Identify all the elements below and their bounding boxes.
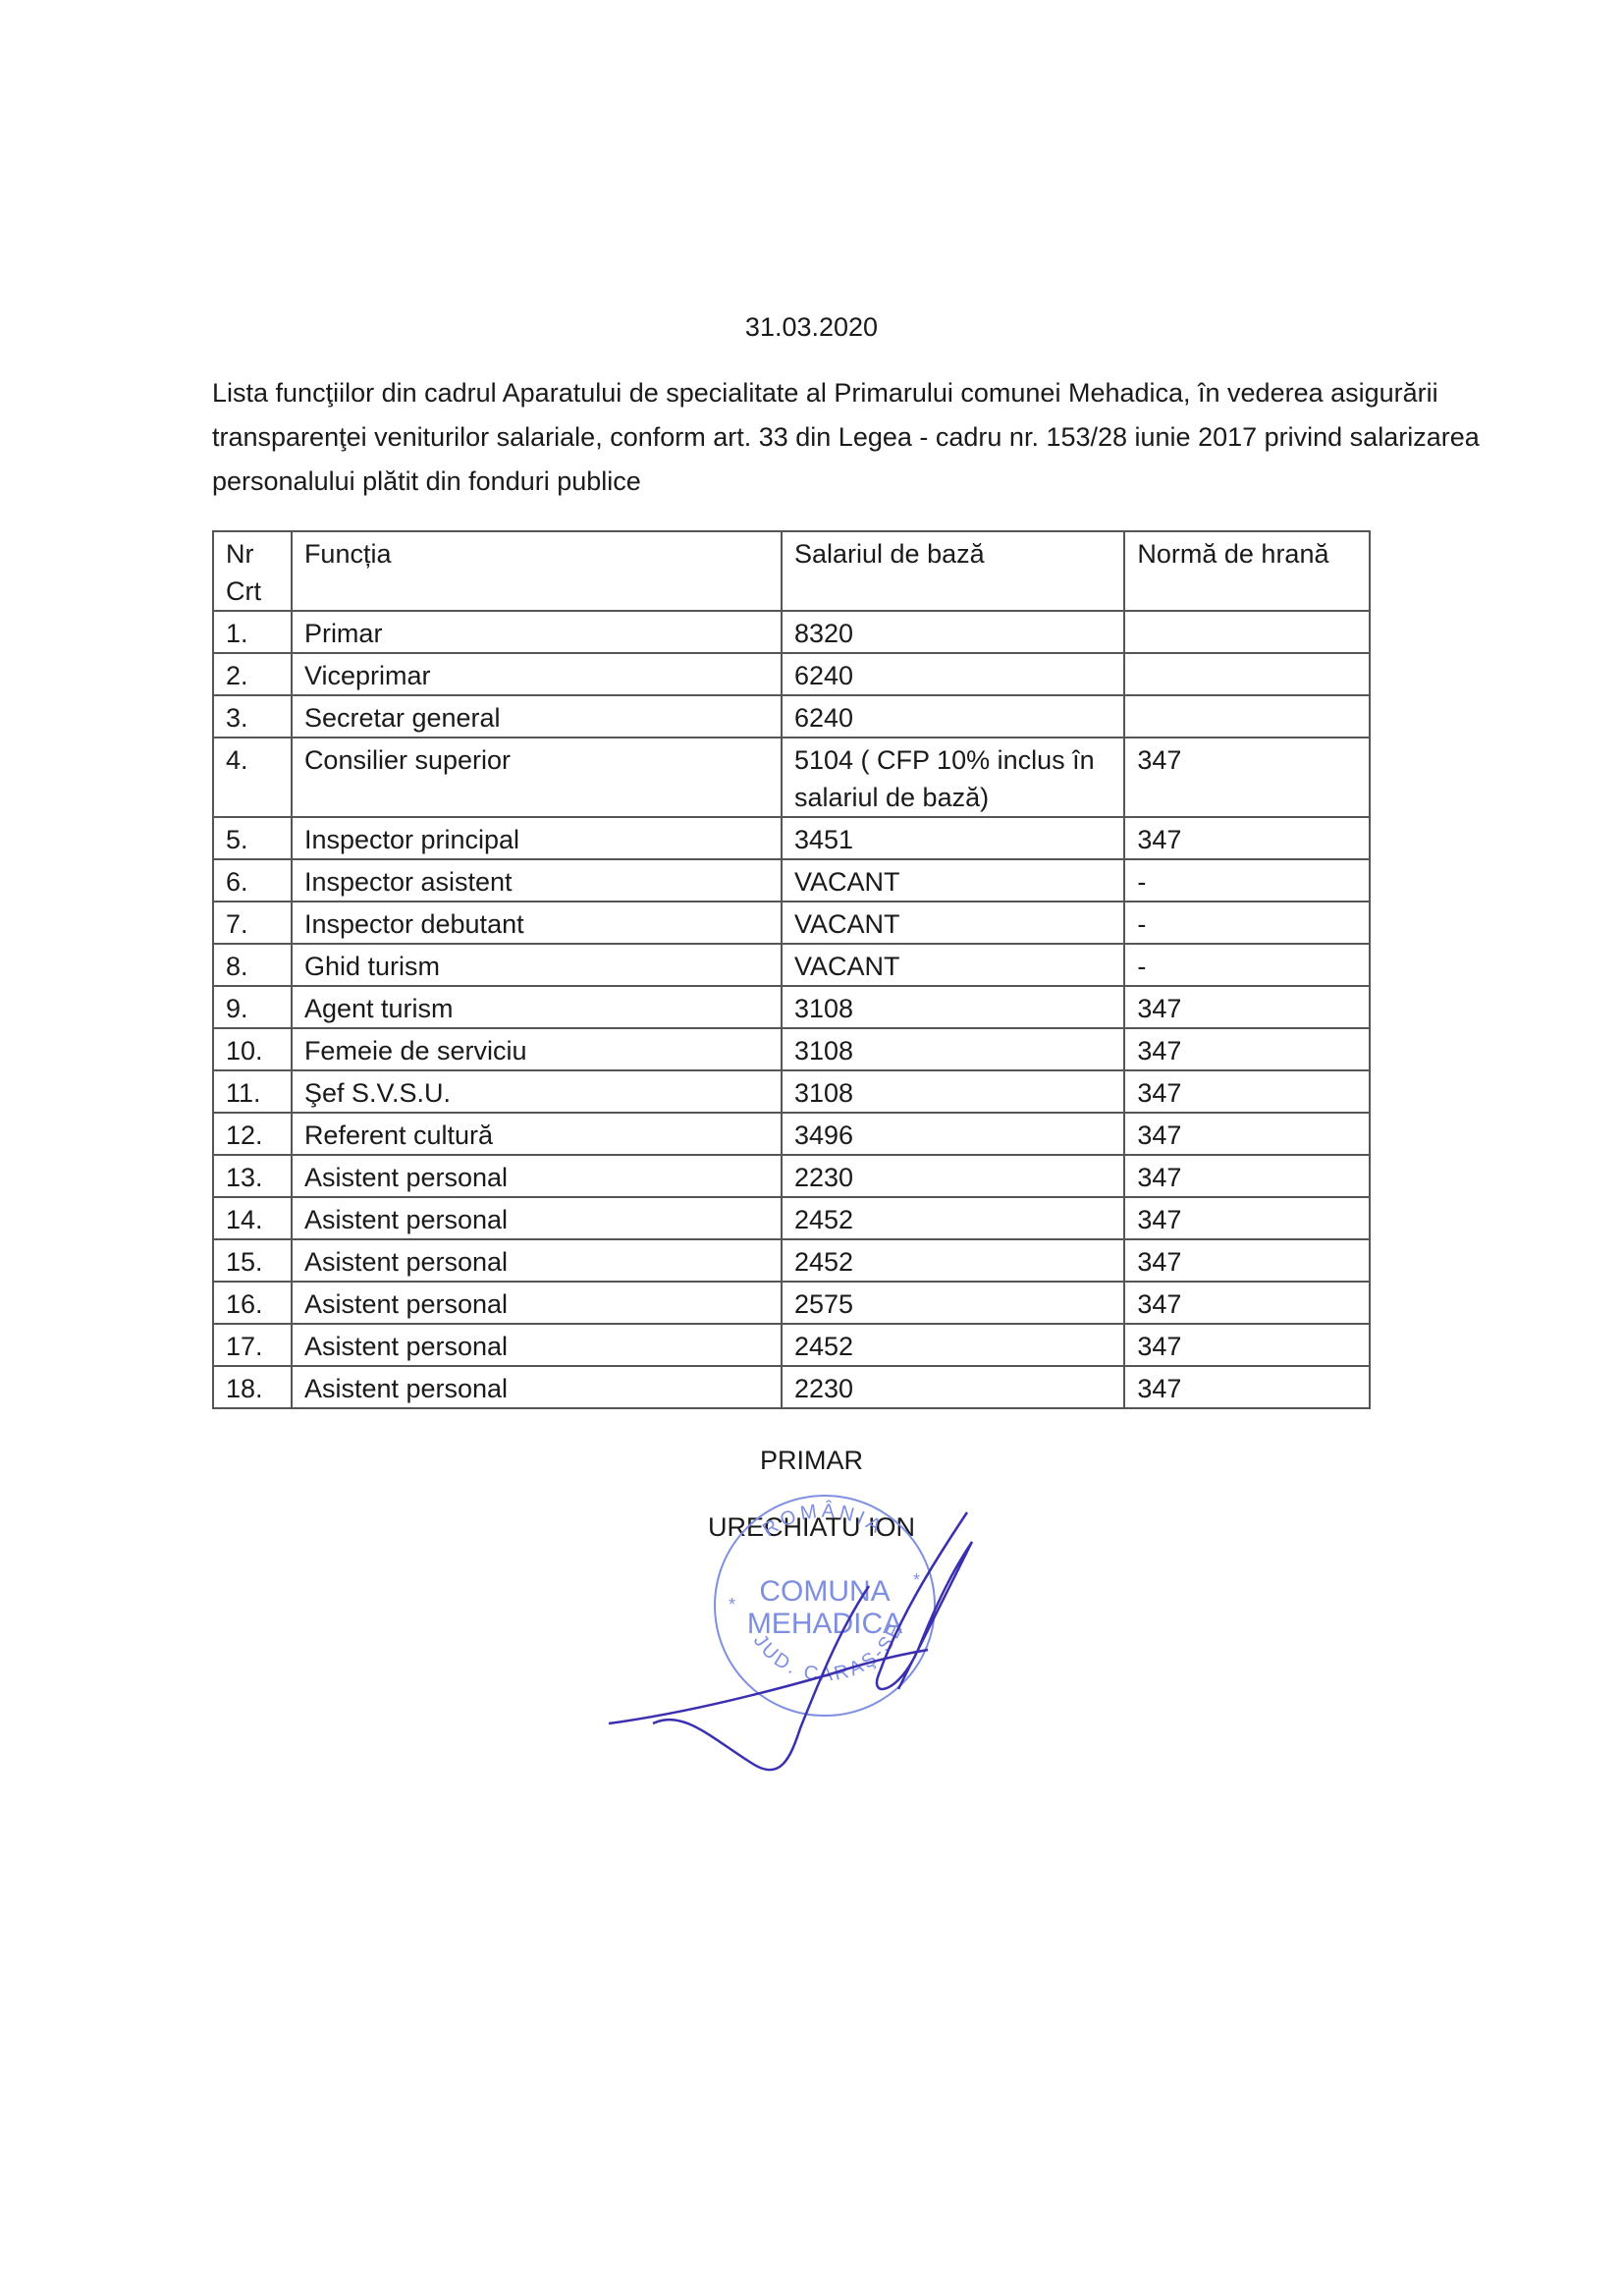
cell-function: Asistent personal — [292, 1366, 782, 1408]
cell-food: 347 — [1124, 1155, 1370, 1197]
cell-nr: 2. — [213, 653, 292, 695]
cell-function: Asistent personal — [292, 1197, 782, 1239]
cell-salary: VACANT — [782, 944, 1124, 986]
cell-nr: 1. — [213, 611, 292, 653]
cell-food: 347 — [1124, 1366, 1370, 1408]
cell-nr: 5. — [213, 817, 292, 859]
table-row: 16.Asistent personal2575347 — [213, 1282, 1370, 1324]
table-row: 9.Agent turism3108347 — [213, 986, 1370, 1028]
table-row: 3.Secretar general6240 — [213, 695, 1370, 738]
cell-salary: 2230 — [782, 1155, 1124, 1197]
cell-nr: 4. — [213, 738, 292, 817]
cell-function: Asistent personal — [292, 1324, 782, 1366]
cell-salary: 3496 — [782, 1113, 1124, 1155]
cell-nr: 7. — [213, 902, 292, 944]
cell-food — [1124, 611, 1370, 653]
cell-salary: 3108 — [782, 986, 1124, 1028]
cell-function: Asistent personal — [292, 1239, 782, 1282]
cell-function: Şef S.V.S.U. — [292, 1070, 782, 1113]
cell-nr: 14. — [213, 1197, 292, 1239]
cell-food — [1124, 695, 1370, 738]
table-row: 13.Asistent personal2230347 — [213, 1155, 1370, 1197]
header-nr: NrCrt — [213, 531, 292, 611]
table-row: 7.Inspector debutantVACANT- — [213, 902, 1370, 944]
table-row: 15.Asistent personal2452347 — [213, 1239, 1370, 1282]
cell-nr: 15. — [213, 1239, 292, 1282]
table-row: 5.Inspector principal3451347 — [213, 817, 1370, 859]
cell-food: 347 — [1124, 817, 1370, 859]
table-row: 14.Asistent personal2452347 — [213, 1197, 1370, 1239]
cell-function: Consilier superior — [292, 738, 782, 817]
cell-salary: VACANT — [782, 902, 1124, 944]
cell-food — [1124, 653, 1370, 695]
cell-salary: 6240 — [782, 695, 1124, 738]
table-row: 1.Primar8320 — [213, 611, 1370, 653]
document-intro: Lista funcţiilor din cadrul Aparatului d… — [212, 371, 1488, 504]
cell-salary: 3108 — [782, 1028, 1124, 1070]
cell-nr: 11. — [213, 1070, 292, 1113]
cell-salary: 2452 — [782, 1324, 1124, 1366]
table-row: 8.Ghid turismVACANT- — [213, 944, 1370, 986]
table-row: 2.Viceprimar6240 — [213, 653, 1370, 695]
cell-food: 347 — [1124, 1113, 1370, 1155]
table-row: 11.Şef S.V.S.U.3108347 — [213, 1070, 1370, 1113]
cell-salary: 2230 — [782, 1366, 1124, 1408]
cell-food: 347 — [1124, 986, 1370, 1028]
cell-food: 347 — [1124, 1282, 1370, 1324]
cell-function: Inspector asistent — [292, 859, 782, 902]
table-row: 6.Inspector asistentVACANT- — [213, 859, 1370, 902]
cell-nr: 10. — [213, 1028, 292, 1070]
cell-function: Referent cultură — [292, 1113, 782, 1155]
cell-function: Inspector debutant — [292, 902, 782, 944]
table-row: 12.Referent cultură3496347 — [213, 1113, 1370, 1155]
cell-salary: 2452 — [782, 1197, 1124, 1239]
cell-nr: 3. — [213, 695, 292, 738]
signer-title: PRIMAR — [0, 1446, 1623, 1476]
cell-food: 347 — [1124, 738, 1370, 817]
table-row: 4.Consilier superior5104 ( CFP 10% inclu… — [213, 738, 1370, 817]
cell-food: 347 — [1124, 1028, 1370, 1070]
cell-salary: 3451 — [782, 817, 1124, 859]
cell-food: 347 — [1124, 1070, 1370, 1113]
salary-table: NrCrt Funcția Salariul de bază Normă de … — [212, 530, 1371, 1409]
cell-salary: 3108 — [782, 1070, 1124, 1113]
cell-salary: VACANT — [782, 859, 1124, 902]
cell-salary: 5104 ( CFP 10% inclus în salariul de baz… — [782, 738, 1124, 817]
cell-function: Asistent personal — [292, 1155, 782, 1197]
header-food: Normă de hrană — [1124, 531, 1370, 611]
table-row: 10.Femeie de serviciu3108347 — [213, 1028, 1370, 1070]
cell-function: Asistent personal — [292, 1282, 782, 1324]
cell-function: Femeie de serviciu — [292, 1028, 782, 1070]
cell-nr: 17. — [213, 1324, 292, 1366]
cell-function: Viceprimar — [292, 653, 782, 695]
cell-function: Primar — [292, 611, 782, 653]
cell-nr: 18. — [213, 1366, 292, 1408]
cell-food: - — [1124, 859, 1370, 902]
cell-food: 347 — [1124, 1239, 1370, 1282]
cell-nr: 8. — [213, 944, 292, 986]
table-row: 18.Asistent personal2230347 — [213, 1366, 1370, 1408]
cell-nr: 16. — [213, 1282, 292, 1324]
header-function: Funcția — [292, 531, 782, 611]
cell-function: Agent turism — [292, 986, 782, 1028]
cell-food: - — [1124, 902, 1370, 944]
cell-nr: 13. — [213, 1155, 292, 1197]
cell-salary: 2575 — [782, 1282, 1124, 1324]
cell-food: 347 — [1124, 1197, 1370, 1239]
header-salary: Salariul de bază — [782, 531, 1124, 611]
signature-icon — [604, 1503, 997, 1777]
cell-salary: 2452 — [782, 1239, 1124, 1282]
cell-nr: 12. — [213, 1113, 292, 1155]
cell-salary: 8320 — [782, 611, 1124, 653]
cell-food: - — [1124, 944, 1370, 986]
cell-food: 347 — [1124, 1324, 1370, 1366]
cell-nr: 6. — [213, 859, 292, 902]
document-date: 31.03.2020 — [0, 312, 1623, 343]
table-header-row: NrCrt Funcția Salariul de bază Normă de … — [213, 531, 1370, 611]
cell-function: Secretar general — [292, 695, 782, 738]
table-row: 17.Asistent personal2452347 — [213, 1324, 1370, 1366]
cell-function: Ghid turism — [292, 944, 782, 986]
cell-nr: 9. — [213, 986, 292, 1028]
cell-salary: 6240 — [782, 653, 1124, 695]
cell-function: Inspector principal — [292, 817, 782, 859]
